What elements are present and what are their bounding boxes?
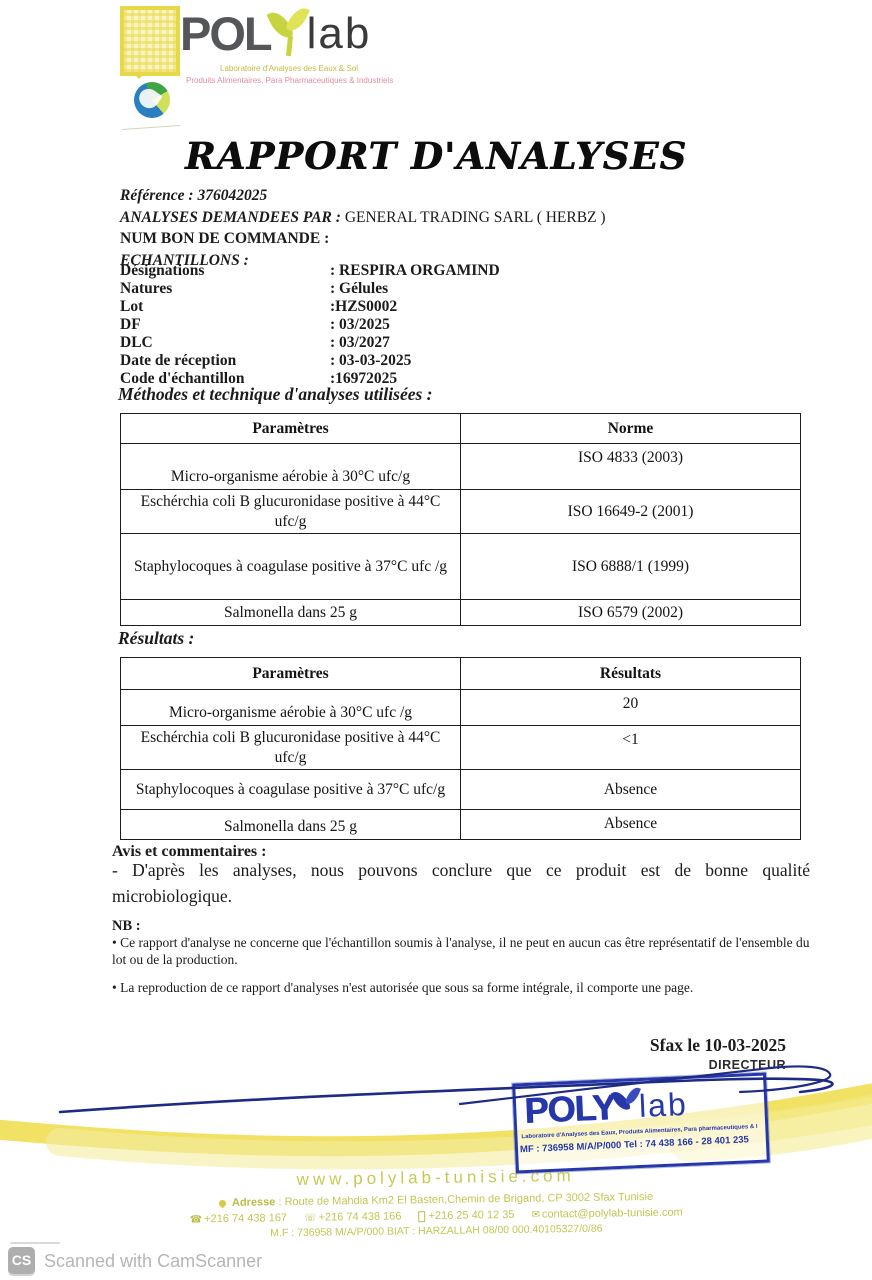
sample-field-label: DF	[120, 316, 330, 334]
fax-icon: ☏	[304, 1213, 317, 1224]
stamp-wordmark: POLYlab	[523, 1083, 688, 1132]
requested-by-line: ANALYSES DEMANDEES PAR : GENERAL TRADING…	[120, 208, 810, 229]
camscanner-text: Scanned with CamScanner	[44, 1251, 262, 1272]
parameter-cell: Staphylocoques à coagulase positive à 37…	[121, 770, 461, 810]
sample-field-value: : 03/2025	[330, 316, 390, 334]
parameter-cell: Micro-organisme aérobie à 30°C ufc /g	[121, 690, 461, 726]
leaf-y-icon	[271, 8, 307, 52]
table-header-results: Résultats	[461, 658, 801, 690]
parameter-cell: Micro-organisme aérobie à 30°C ufc/g	[121, 444, 461, 490]
logo-subtitle-line1: Laboratoire d'Analyses des Eaux & Sol	[220, 64, 358, 73]
parameter-cell: Salmonella dans 25 g	[121, 810, 461, 840]
nb-item: • La reproduction de ce rapport d'analys…	[112, 979, 812, 996]
order-number-line: NUM BON DE COMMANDE :	[120, 229, 810, 250]
sample-field-label: Date de réception	[120, 352, 330, 370]
parameter-cell: Staphylocoques à coagulase positive à 37…	[121, 534, 461, 600]
sample-field-label: Désignations	[120, 262, 330, 280]
logo-subtitle-line2: Produits Alimentaires, Para Pharmaceutiq…	[186, 76, 393, 85]
sample-field-label: Natures	[120, 280, 330, 298]
nb-list: • Ce rapport d'analyse ne concerne que l…	[112, 934, 812, 1007]
comments-text-line1: - D'après les analyses, nous pouvons con…	[112, 860, 810, 881]
reference-line: Référence : 376042025	[120, 186, 810, 207]
table-row: Eschérchia coli B glucuronidase positive…	[121, 726, 801, 770]
scanned-report-page: POLlab Laboratoire d'Analyses des Eaux &…	[0, 0, 872, 1280]
company-stamp: POLYlab Laboratoire d'Analyses des Eaux,…	[512, 1073, 770, 1174]
table-header-norm: Norme	[461, 414, 801, 444]
table-row: Salmonella dans 25 g ISO 6579 (2002)	[121, 600, 801, 626]
sample-field-value: :HZS0002	[330, 298, 397, 316]
table-row: Staphylocoques à coagulase positive à 37…	[121, 534, 801, 600]
sample-field-row: Désignations : RESPIRA ORGAMIND	[120, 262, 810, 280]
sample-field-row: DLC : 03/2027	[120, 334, 810, 352]
parameter-cell: Salmonella dans 25 g	[121, 600, 461, 626]
letterhead-footer: www.polylab-tunisie.com Adresse : Route …	[0, 1162, 872, 1243]
emblem-scribble	[122, 120, 180, 130]
results-heading: Résultats :	[118, 628, 194, 649]
table-row: Micro-organisme aérobie à 30°C ufc/g ISO…	[121, 444, 801, 490]
reference-block: Référence : 376042025 ANALYSES DEMANDEES…	[120, 186, 810, 272]
nb-item: • Ce rapport d'analyse ne concerne que l…	[112, 934, 812, 968]
mobile-icon	[418, 1211, 425, 1222]
result-cell: <1	[461, 726, 801, 770]
sample-field-label: Lot	[120, 298, 330, 316]
comments-heading: Avis et commentaires :	[112, 843, 266, 861]
table-header-parameters: Paramètres	[121, 414, 461, 444]
sample-field-value: : 03-03-2025	[330, 352, 411, 370]
table-row: Staphylocoques à coagulase positive à 37…	[121, 770, 801, 810]
table-row: Micro-organisme aérobie à 30°C ufc /g 20	[121, 690, 801, 726]
methods-heading: Méthodes et technique d'analyses utilisé…	[118, 384, 433, 405]
table-row: Eschérchia coli B glucuronidase positive…	[121, 490, 801, 534]
email-icon: ✉	[531, 1210, 540, 1221]
result-cell: Absence	[461, 810, 801, 840]
camscanner-badge-icon: CS	[8, 1247, 35, 1274]
parameter-cell: Eschérchia coli B glucuronidase positive…	[121, 726, 461, 770]
norm-cell: ISO 6579 (2002)	[461, 600, 801, 626]
nb-heading: NB :	[112, 918, 141, 935]
sample-field-row: DF : 03/2025	[120, 316, 810, 334]
table-header-row: Paramètres Résultats	[121, 658, 801, 690]
footer-address-value: : Route de Mahdia Km2 El Basten,Chemin d…	[278, 1191, 653, 1208]
scan-edge-artifact	[10, 1242, 60, 1244]
norm-cell: ISO 6888/1 (1999)	[461, 534, 801, 600]
sample-field-value: : 03/2027	[330, 334, 390, 352]
logo-wordmark: POLlab	[180, 8, 371, 60]
comments-text-line2: microbiologique.	[112, 886, 810, 907]
sample-field-row: Natures : Gélules	[120, 280, 810, 298]
parameter-cell: Eschérchia coli B glucuronidase positive…	[121, 490, 461, 534]
sample-field-label: DLC	[120, 334, 330, 352]
sample-field-row: Lot :HZS0002	[120, 298, 810, 316]
table-header-row: Paramètres Norme	[121, 414, 801, 444]
table-header-parameters: Paramètres	[121, 658, 461, 690]
address-pin-icon	[217, 1198, 227, 1208]
page-title: RAPPORT D'ANALYSES	[0, 134, 872, 178]
place-date: Sfax le 10-03-2025	[650, 1035, 786, 1056]
sample-field-row: Date de réception : 03-03-2025	[120, 352, 810, 370]
table-row: Salmonella dans 25 g Absence	[121, 810, 801, 840]
quality-emblem-icon	[134, 82, 170, 118]
sample-field-value: : RESPIRA ORGAMIND	[330, 262, 500, 280]
methods-table: Paramètres Norme Micro-organisme aérobie…	[120, 413, 801, 626]
stamp-leaf-icon	[614, 1085, 639, 1120]
results-table: Paramètres Résultats Micro-organisme aér…	[120, 657, 801, 840]
logo-mosaic-square-icon	[120, 6, 180, 76]
sample-fields: Désignations : RESPIRA ORGAMIND Natures …	[120, 262, 810, 388]
logo-text-light: lab	[307, 9, 372, 58]
result-cell: Absence	[461, 770, 801, 810]
footer-address-label: Adresse	[232, 1196, 276, 1209]
norm-cell: ISO 4833 (2003)	[461, 444, 801, 490]
logo-text-bold: POL	[180, 7, 271, 60]
sample-field-value: : Gélules	[330, 280, 388, 298]
director-title: DIRECTEUR	[709, 1058, 786, 1072]
result-cell: 20	[461, 690, 801, 726]
norm-cell: ISO 16649-2 (2001)	[461, 490, 801, 534]
phone-icon: ☎	[190, 1214, 203, 1225]
